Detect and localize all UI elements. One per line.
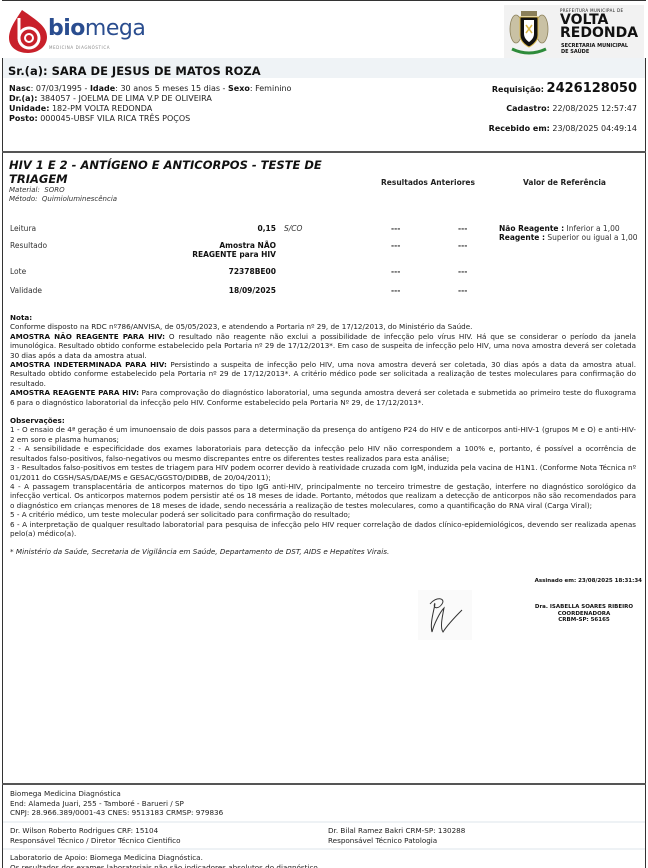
biomega-logo: biomega MEDICINA DIAGNÓSTICA [8,6,158,56]
row-unit-leitura: S/CO [284,224,302,233]
row-label-leitura: Leitura [10,224,36,233]
observation-item: 2 - A sensibilidade e especificidade dos… [10,444,636,463]
previous-result-2: --- [458,241,467,250]
reference-values: Não Reagente : Inferior a 1,00 Reagente … [499,224,639,242]
patient-name: Sr.(a): SARA DE JESUS DE MATOS ROZA [8,64,261,78]
previous-result-1: --- [391,286,400,295]
request-received: Recebido em: 23/08/2025 04:49:14 [489,124,637,133]
observation-item: 4 - A passagem transplacentária de antic… [10,482,636,510]
row-value-lote: 72378BE00 [229,267,276,276]
biomega-tagline: MEDICINA DIAGNÓSTICA [49,45,110,50]
column-reference-value: Valor de Referência [523,178,606,187]
page-frame-left [2,0,3,868]
patient-post: Posto: 000045-UBSF VILA RICA TRÊS POÇOS [9,114,190,123]
row-label-lote: Lote [10,267,26,276]
biomega-wordmark: biomega [48,16,145,41]
biomega-drop-icon [8,8,48,54]
observation-item: 1 - O ensaio de 4ª geração é um imunoens… [10,425,636,444]
volta-redonda-logo: PREFEITURA MUNICIPAL DE VOLTA REDONDA SE… [504,5,644,59]
previous-result-1: --- [391,267,400,276]
request-registered: Cadastro: 22/08/2025 12:57:47 [506,104,637,113]
previous-result-2: --- [458,267,467,276]
observation-item: 5 - A critério médico, um teste molecula… [10,510,636,519]
footer-separator [3,848,645,850]
previous-result-2: --- [458,286,467,295]
section-divider [2,151,646,153]
technical-responsible-1: Dr. Wilson Roberto Rodrigues CRF: 15104 … [10,826,181,845]
exam-material: Material: SORO [9,186,65,194]
row-label-validade: Validade [10,286,42,295]
row-label-resultado: Resultado [10,241,47,250]
row-value-validade: 18/09/2025 [229,286,276,295]
exam-method: Método: Quimioluminescência [9,195,117,203]
row-value-leitura: 0,15 [257,224,276,233]
signatory: Dra. ISABELLA SOARES RIBEIRO COORDENADOR… [525,604,643,624]
observation-item: 6 - A interpretação de qualquer resultad… [10,520,636,539]
city-department: SECRETARIA MUNICIPAL DE SAÚDE [561,43,628,55]
signed-at: Assinado em: 23/08/2025 18:31:34 [535,578,642,584]
footer-separator [3,821,645,823]
footnote: * Ministério da Saúde, Secretaria de Vig… [10,547,636,556]
technical-responsible-2: Dr. Bilal Ramez Bakri CRM-SP: 130288 Res… [328,826,465,845]
column-previous-results: Resultados Anteriores [381,178,475,187]
patient-birth-age-sex: Nasc: 07/03/1995 - Idade: 30 anos 5 mese… [9,84,291,93]
observation-item: 3 - Resultados falso-positivos em testes… [10,463,636,482]
report-header: biomega MEDICINA DIAGNÓSTICA PREFEITURA … [2,0,646,58]
previous-result-1: --- [391,224,400,233]
footer-divider [2,783,646,785]
previous-result-1: --- [391,241,400,250]
city-name: VOLTA REDONDA [560,14,638,40]
exam-notes: Nota: Conforme disposto na RDC nº786/ANV… [10,313,636,557]
signature-image [418,590,472,640]
exam-title: HIV 1 E 2 - ANTÍGENO E ANTICORPOS - TEST… [9,158,349,186]
patient-unit: Unidade: 182-PM VOLTA REDONDA [9,104,152,113]
lab-info: Biomega Medicina Diagnóstica End: Alamed… [10,789,223,818]
support-lab: Laboratorio de Apoio: Biomega Medicina D… [10,853,320,868]
previous-result-2: --- [458,224,467,233]
patient-doctor: Dr.(a): 384057 - JOELMA DE LIMA V.P DE O… [9,94,212,103]
page-frame-right [645,0,646,868]
row-value-resultado: Amostra NÃO REAGENTE para HIV [192,241,276,259]
city-crest-icon [508,7,550,57]
request-number: Requisição: 2426128050 [492,81,637,96]
